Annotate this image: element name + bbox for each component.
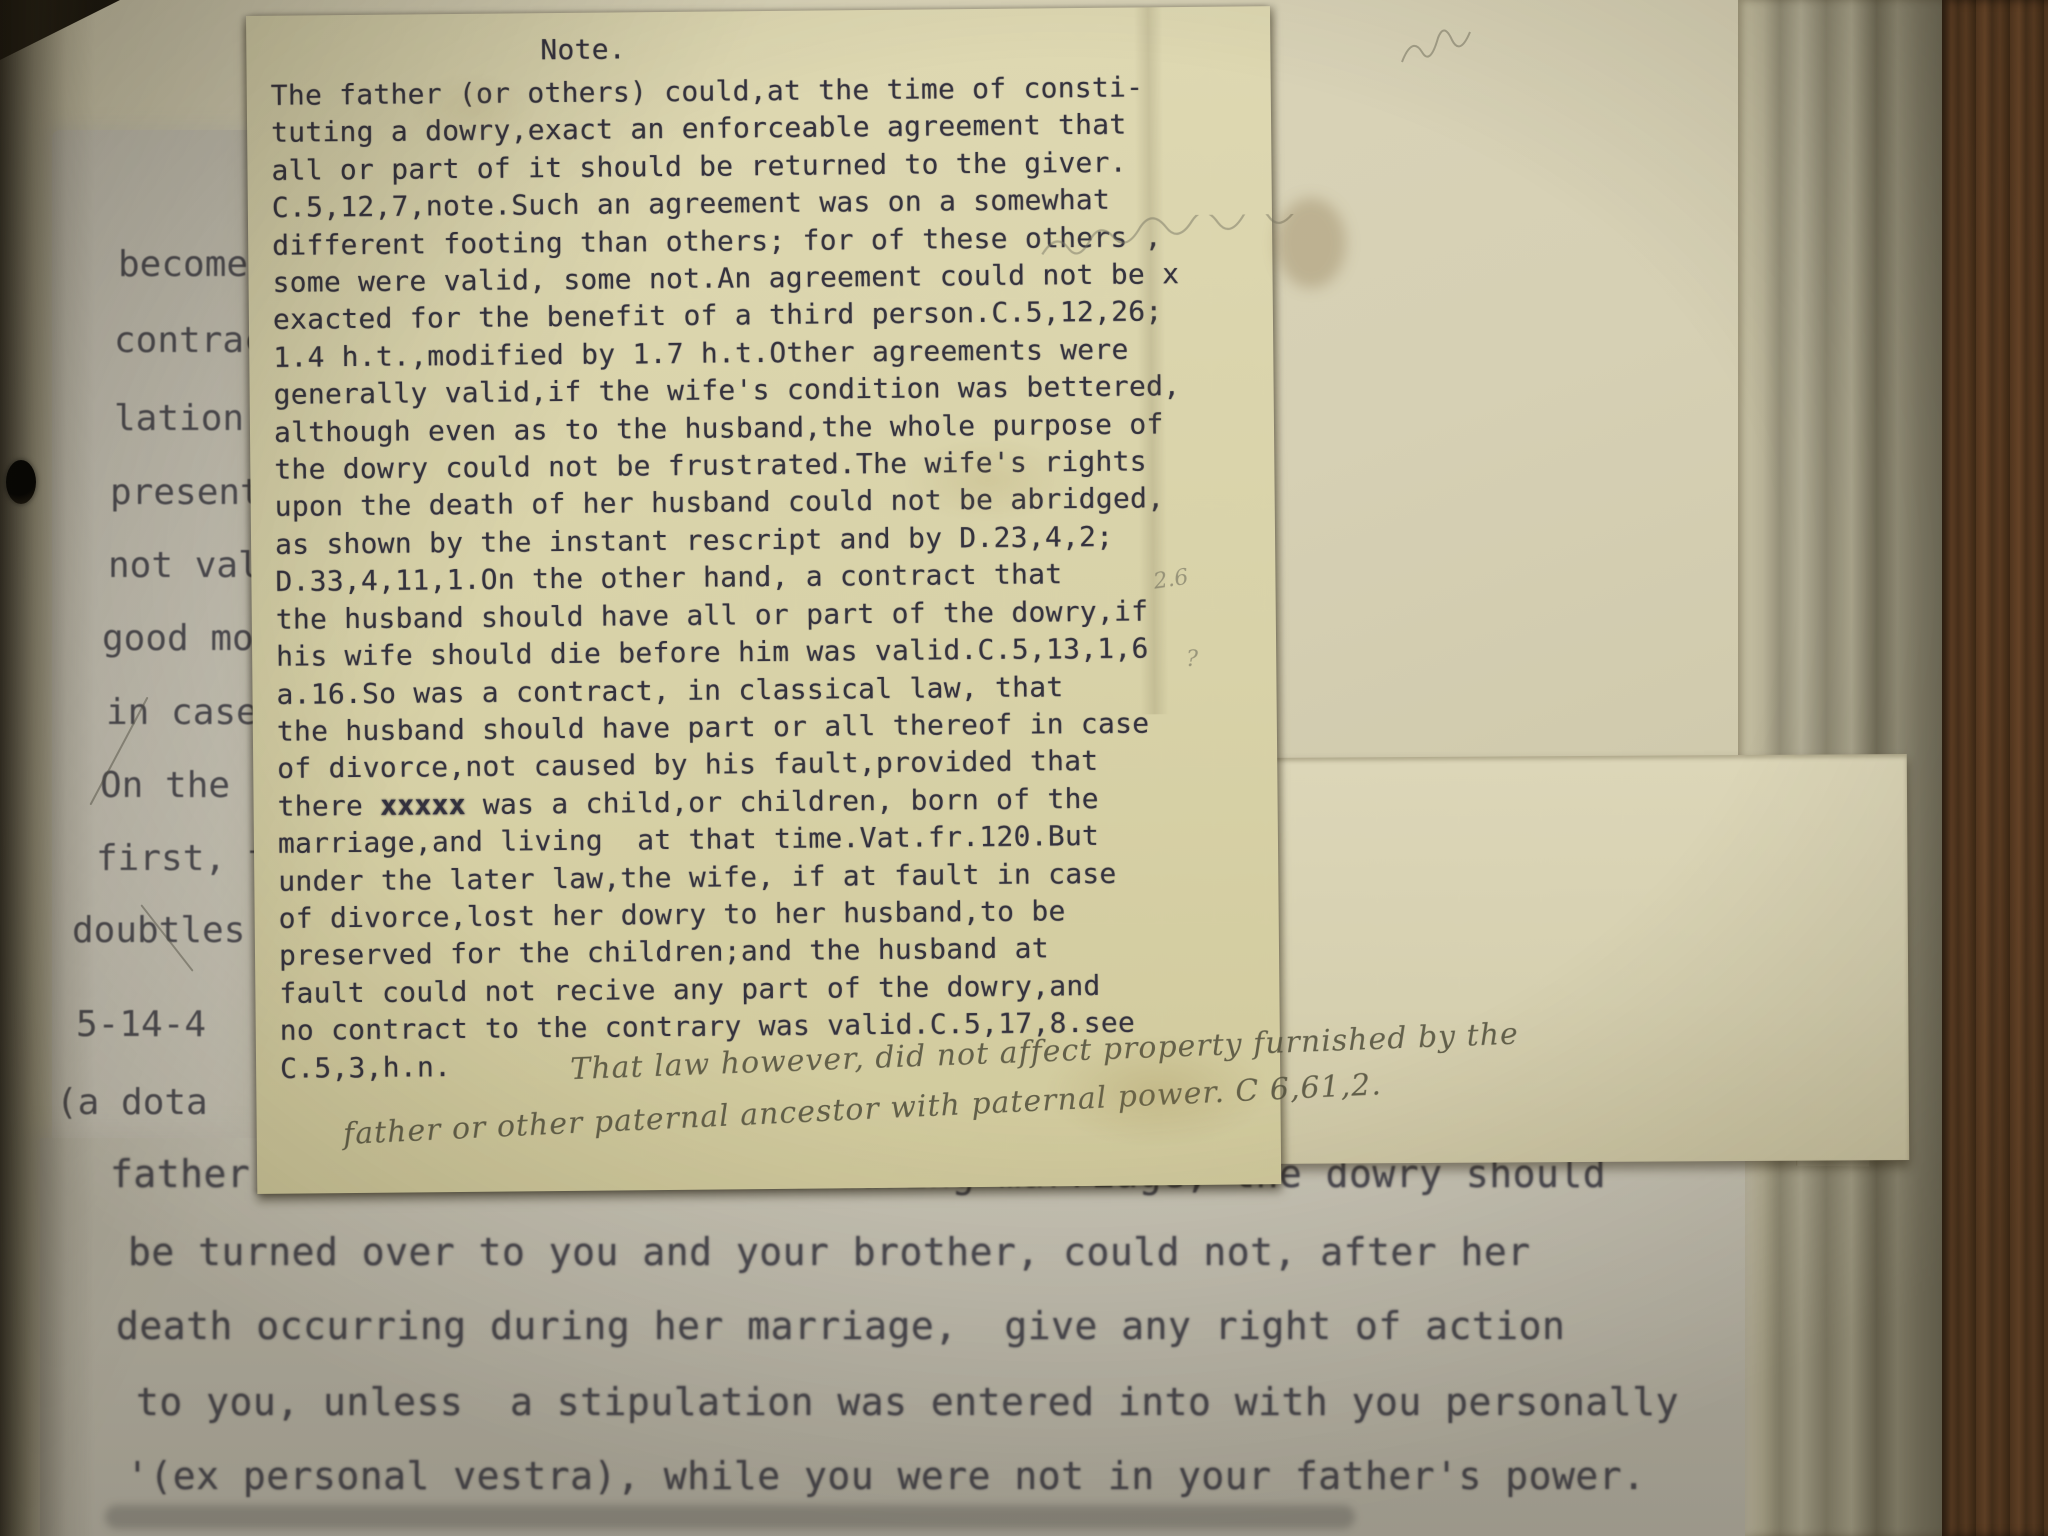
margin-fragment: 5-14-4 bbox=[76, 1004, 206, 1045]
note-title: Note. bbox=[540, 26, 1270, 66]
pasted-typewritten-note: Note. The father (or others) could,at th… bbox=[246, 6, 1281, 1194]
typed-line: '(ex personal vestra), while you were no… bbox=[126, 1454, 1646, 1498]
margin-fragment: doubtles bbox=[72, 910, 245, 951]
margin-fragment: in case bbox=[106, 692, 258, 733]
margin-fragment: good mor bbox=[102, 618, 275, 659]
brown-stain bbox=[1276, 198, 1346, 288]
gutter-shadow bbox=[0, 0, 95, 1536]
pencil-mark-citation: 2.6 bbox=[1152, 565, 1190, 595]
margin-fragment: present bbox=[110, 472, 262, 513]
margin-fragment: On the c bbox=[100, 765, 273, 806]
typed-line: be turned over to you and your brother, … bbox=[128, 1230, 1531, 1274]
cut-off-bottom-line-smudge bbox=[105, 1505, 1355, 1529]
note-body-text: The father (or others) could,at the time… bbox=[271, 67, 1281, 1087]
corner-pencil-scribble bbox=[1396, 18, 1476, 78]
margin-fragment: first, t bbox=[96, 838, 269, 879]
typed-line: to you, unless a stipulation was entered… bbox=[136, 1380, 1679, 1424]
margin-fragment: become bbox=[118, 244, 248, 285]
typed-line: death occurring during her marriage, giv… bbox=[116, 1304, 1565, 1348]
margin-fragment: lation bbox=[114, 398, 244, 439]
binding-hole bbox=[6, 460, 36, 504]
wood-table-background bbox=[1942, 0, 2048, 1536]
margin-fragment: contrac bbox=[114, 320, 266, 361]
pencil-mark-question: ? bbox=[1186, 647, 1198, 672]
photo-of-scrapbook-page: becomecontraclationpresentnot valigood m… bbox=[0, 0, 2048, 1536]
